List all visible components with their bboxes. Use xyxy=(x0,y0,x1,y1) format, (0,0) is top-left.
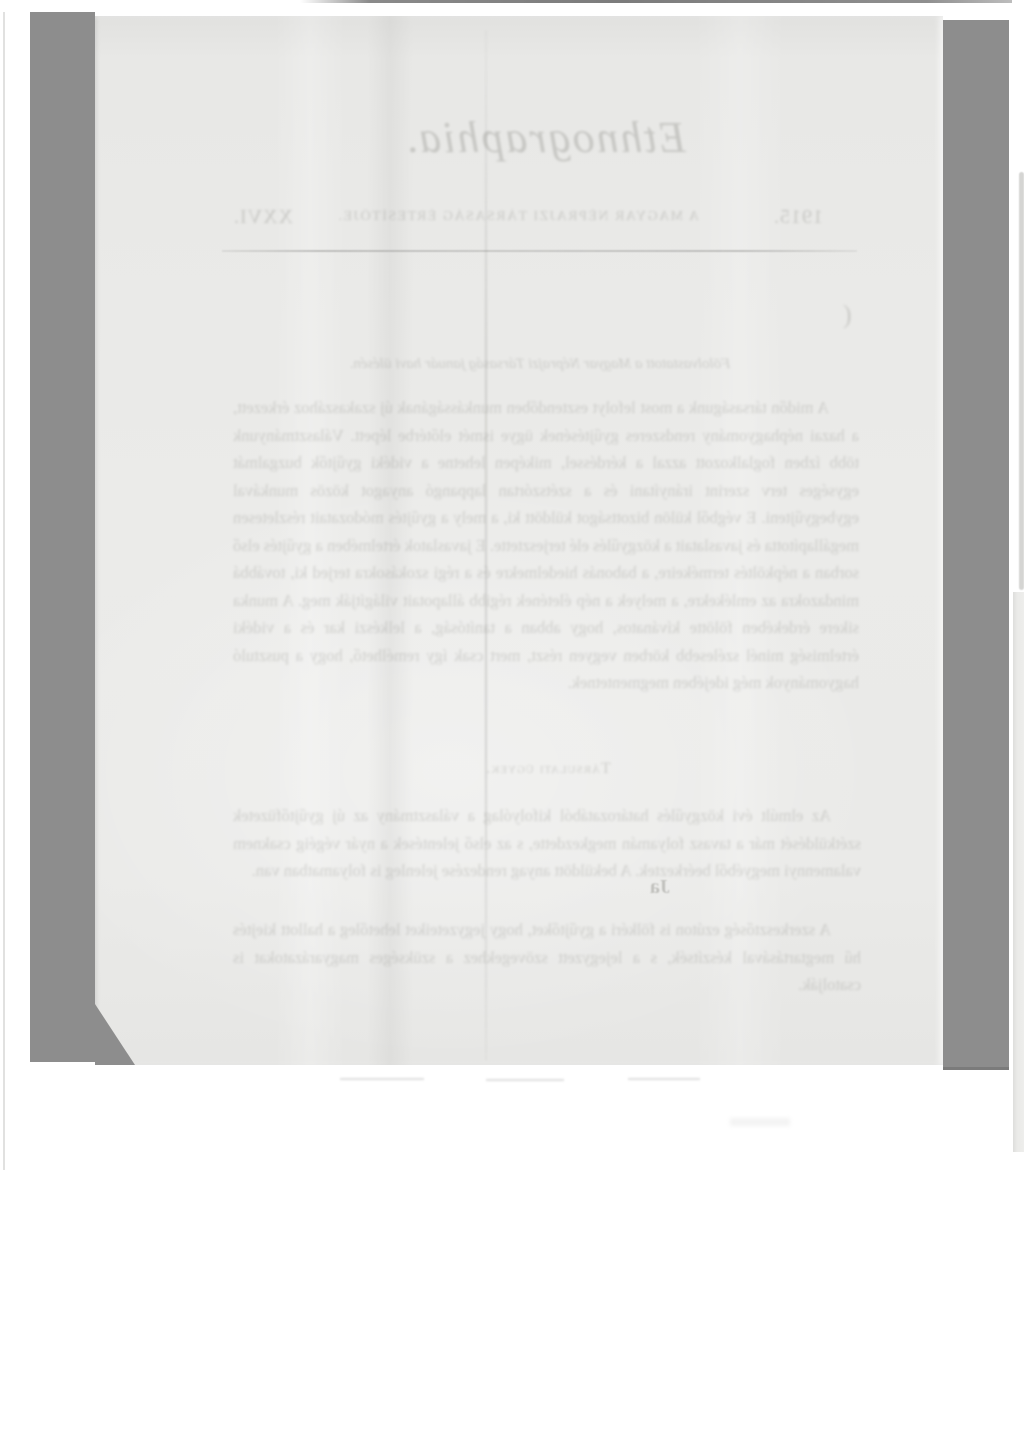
showthrough-paragraph-1-text: A midőn társaságunk a most lefolyt eszte… xyxy=(233,398,859,692)
showthrough-header-rule xyxy=(222,250,857,252)
scanned-document-page: Ethnographia. XXVI. A MAGYAR NÉPRAJZI TÁ… xyxy=(0,0,1024,1436)
scan-top-edge-line xyxy=(300,0,1012,3)
showthrough-masthead-subtitle: A MAGYAR NÉPRAJZI TÁRSASÁG ÉRTESÍTŐJE. xyxy=(233,209,803,225)
scanner-board-strip-left xyxy=(30,12,95,1062)
scan-smudge xyxy=(486,1079,564,1081)
scanner-board-strip-right xyxy=(943,20,1009,1070)
showthrough-paragraph-2b: A szerkesztőség ezúton is fölkéri a gyűj… xyxy=(233,916,861,1000)
scan-smudge xyxy=(730,1118,790,1126)
showthrough-ink-blot: Ja xyxy=(650,876,670,899)
showthrough-paragraph-2b-text: A szerkesztőség ezúton is fölkéri a gyűj… xyxy=(233,920,861,994)
showthrough-year-number: 1915. xyxy=(761,206,823,229)
paper-corner-cut xyxy=(95,1004,135,1065)
showthrough-paragraph-2a-text: Az elmúlt évi közgyűlés határozatából ki… xyxy=(233,806,861,880)
page-edge-line-left xyxy=(3,12,5,1170)
adjacent-page-edge-top xyxy=(1019,172,1024,590)
showthrough-section-heading: Társulati ügyek. xyxy=(248,760,848,778)
showthrough-paragraph-1: A midőn társaságunk a most lefolyt eszte… xyxy=(233,394,859,726)
showthrough-masthead-title: Ethnographia. xyxy=(400,112,690,163)
showthrough-paren-mark: ( xyxy=(843,300,852,330)
adjacent-page-edge-bottom xyxy=(1013,592,1024,1152)
paper-sheet: Ethnographia. XXVI. A MAGYAR NÉPRAJZI TÁ… xyxy=(95,16,943,1065)
showthrough-paragraph-2a: Az elmúlt évi közgyűlés határozatából ki… xyxy=(233,802,861,914)
scan-smudge xyxy=(628,1078,700,1080)
scan-smudge xyxy=(340,1078,424,1080)
showthrough-byline: Fölolvastatott a Magyar Néprajzi Társasá… xyxy=(238,356,842,373)
